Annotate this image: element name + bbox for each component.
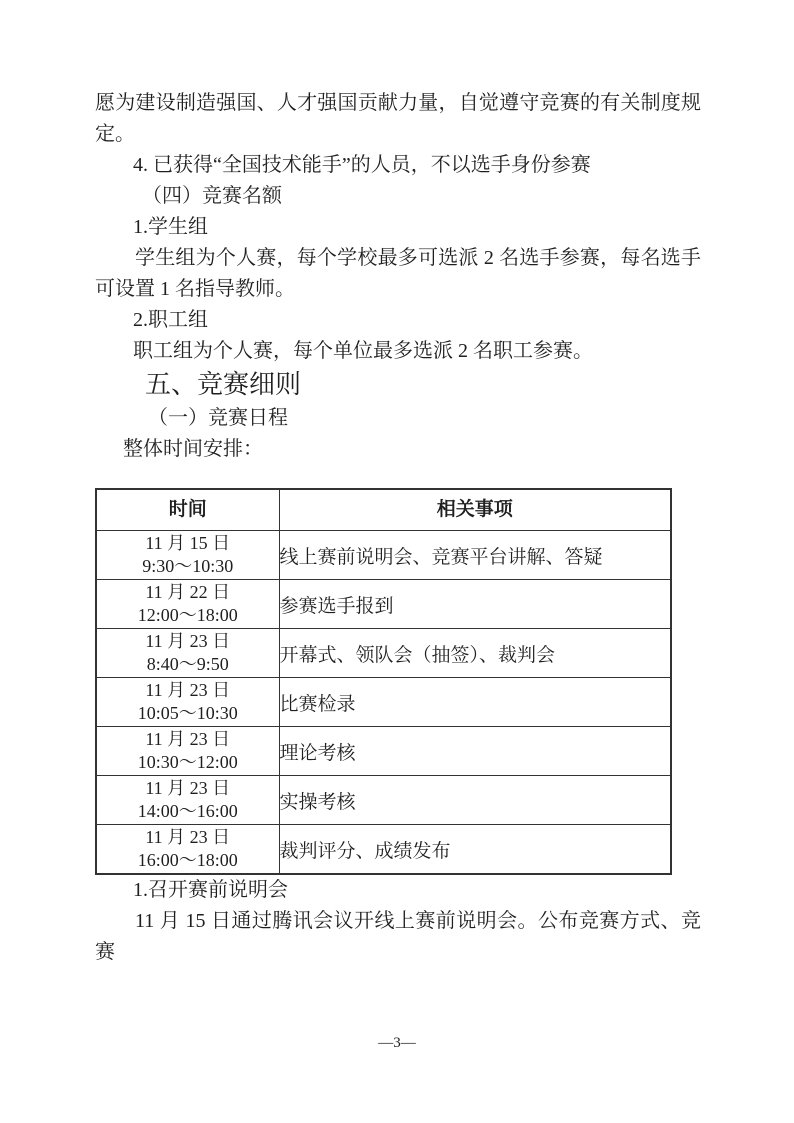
cell-time-line: 16:00～18:00 [97,849,279,872]
table-header-time: 时间 [96,489,279,531]
paragraph-group1-body: 学生组为个人赛，每个学校最多可选派 2 名选手参赛，每名选手可设置 1 名指导教… [95,243,701,305]
document-page: 愿为建设制造强国、人才强国贡献力量，自觉遵守竞赛的有关制度规定。 4. 已获得“… [0,0,794,1123]
cell-time: 11 月 23 日 8:40～9:50 [96,629,279,678]
table-header-event: 相关事项 [279,489,671,531]
table-row: 11 月 22 日 12:00～18:00 参赛选手报到 [96,580,671,629]
cell-date-line: 11 月 23 日 [97,777,279,800]
cell-date-line: 11 月 23 日 [97,826,279,849]
paragraph-continuation: 愿为建设制造强国、人才强国贡献力量，自觉遵守竞赛的有关制度规定。 [95,88,701,150]
cell-event: 线上赛前说明会、竞赛平台讲解、答疑 [279,531,671,580]
cell-event: 裁判评分、成绩发布 [279,825,671,875]
paragraph-meeting-title: 1.召开赛前说明会 [95,875,701,906]
paragraph-meeting-body: 11 月 15 日通过腾讯会议开线上赛前说明会。公布竞赛方式、竞赛 [95,906,701,968]
paragraph-item4: 4. 已获得“全国技术能手”的人员，不以选手身份参赛 [95,150,701,181]
cell-event: 理论考核 [279,727,671,776]
heading-section1-schedule: （一）竞赛日程 [95,403,701,434]
cell-date-line: 11 月 23 日 [97,728,279,751]
cell-event: 参赛选手报到 [279,580,671,629]
page-number: —3— [0,1035,794,1052]
cell-date-line: 11 月 22 日 [97,581,279,604]
paragraph-group2-body: 职工组为个人赛，每个单位最多选派 2 名职工参赛。 [95,336,701,367]
table-row: 11 月 23 日 8:40～9:50 开幕式、领队会（抽签）、裁判会 [96,629,671,678]
table-row: 11 月 15 日 9:30～10:30 线上赛前说明会、竞赛平台讲解、答疑 [96,531,671,580]
cell-time: 11 月 23 日 10:05～10:30 [96,678,279,727]
cell-time-line: 14:00～16:00 [97,800,279,823]
table-row: 11 月 23 日 14:00～16:00 实操考核 [96,776,671,825]
table-header-row: 时间 相关事项 [96,489,671,531]
schedule-table: 时间 相关事项 11 月 15 日 9:30～10:30 线上赛前说明会、竞赛平… [95,488,672,875]
cell-time: 11 月 23 日 14:00～16:00 [96,776,279,825]
cell-time-line: 10:30～12:00 [97,751,279,774]
cell-time-line: 8:40～9:50 [97,653,279,676]
cell-time: 11 月 15 日 9:30～10:30 [96,531,279,580]
cell-time: 11 月 23 日 16:00～18:00 [96,825,279,875]
heading-chapter5-rules: 五、竞赛细则 [95,367,701,403]
cell-event: 开幕式、领队会（抽签）、裁判会 [279,629,671,678]
cell-date-line: 11 月 15 日 [97,532,279,555]
cell-time-line: 10:05～10:30 [97,702,279,725]
cell-time-line: 9:30～10:30 [97,555,279,578]
table-row: 11 月 23 日 10:30～12:00 理论考核 [96,727,671,776]
cell-date-line: 11 月 23 日 [97,630,279,653]
cell-event: 实操考核 [279,776,671,825]
page-content: 愿为建设制造强国、人才强国贡献力量，自觉遵守竞赛的有关制度规定。 4. 已获得“… [95,88,701,968]
cell-date-line: 11 月 23 日 [97,679,279,702]
cell-event: 比赛检录 [279,678,671,727]
cell-time-line: 12:00～18:00 [97,604,279,627]
heading-section4-quota: （四）竞赛名额 [95,181,701,212]
paragraph-schedule-intro: 整体时间安排： [95,434,701,465]
cell-time: 11 月 22 日 12:00～18:00 [96,580,279,629]
table-row: 11 月 23 日 10:05～10:30 比赛检录 [96,678,671,727]
paragraph-group1-title: 1.学生组 [95,212,701,243]
cell-time: 11 月 23 日 10:30～12:00 [96,727,279,776]
table-row: 11 月 23 日 16:00～18:00 裁判评分、成绩发布 [96,825,671,875]
paragraph-group2-title: 2.职工组 [95,305,701,336]
